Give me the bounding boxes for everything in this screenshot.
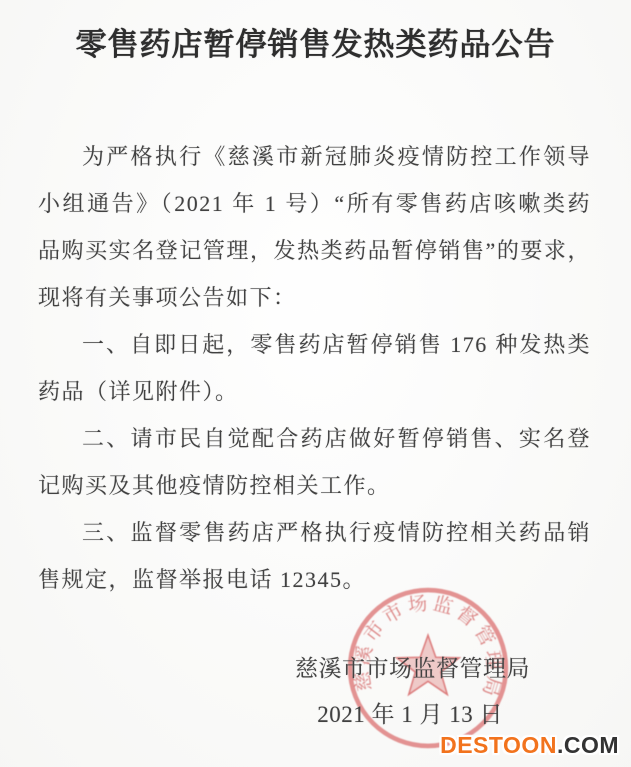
issuing-authority: 慈溪市市场监督管理局 — [0, 645, 631, 692]
watermark-suffix: .COM — [557, 732, 619, 758]
signature-block: 慈溪市市场监督管理局 2021 年 1 月 13 日 — [0, 645, 631, 738]
watermark: DESTOON.COM — [440, 732, 619, 759]
paragraph-intro: 为严格执行《慈溪市新冠肺炎疫情防控工作领导小组通告》（2021 年 1 号）“所… — [38, 133, 591, 321]
notice-title: 零售药店暂停销售发热类药品公告 — [0, 0, 631, 68]
paragraph-item-2: 二、请市民自觉配合药店做好暂停销售、实名登记购买及其他疫情防控相关工作。 — [38, 415, 591, 509]
notice-body: 为严格执行《慈溪市新冠肺炎疫情防控工作领导小组通告》（2021 年 1 号）“所… — [38, 133, 591, 603]
notice-document: 零售药店暂停销售发热类药品公告 为严格执行《慈溪市新冠肺炎疫情防控工作领导小组通… — [0, 0, 631, 767]
watermark-brand: DESTOON — [440, 732, 557, 758]
paragraph-item-1: 一、自即日起，零售药店暂停销售 176 种发热类药品（详见附件）。 — [38, 321, 591, 415]
